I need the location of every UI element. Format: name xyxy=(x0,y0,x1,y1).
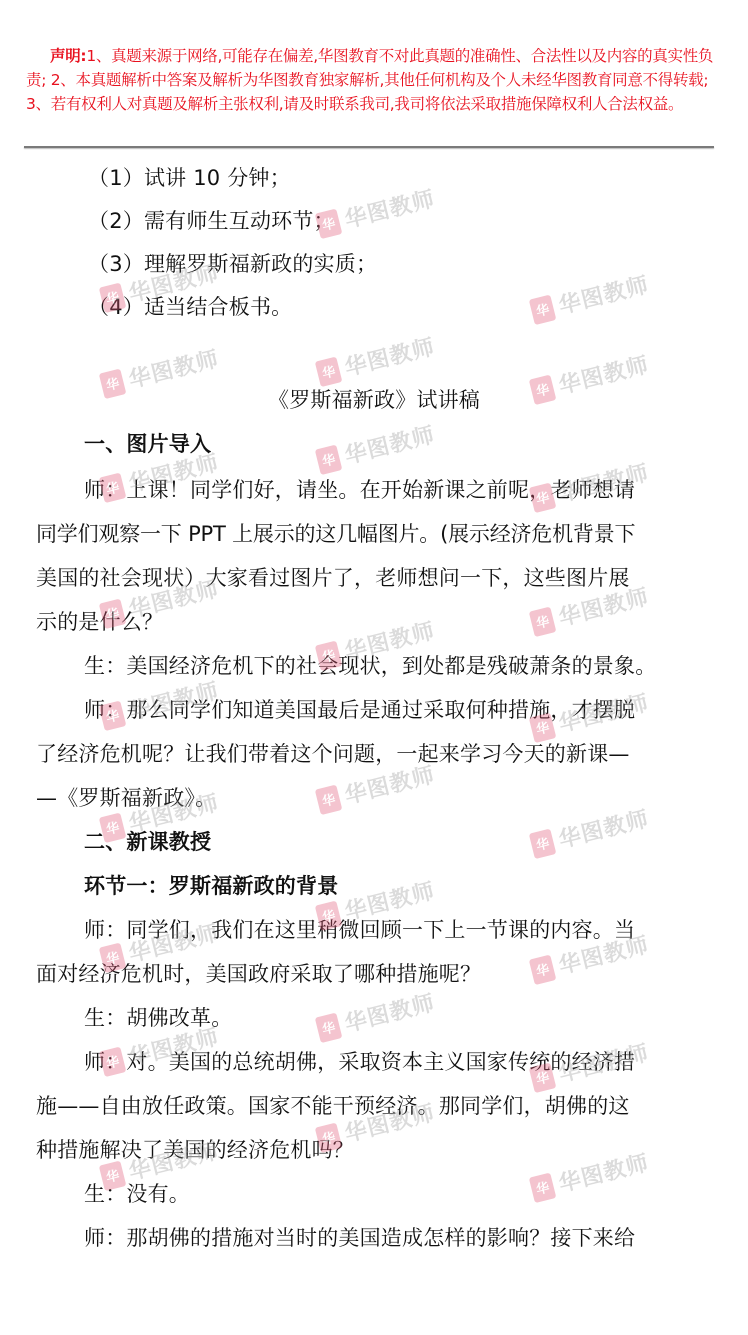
paragraph-line: 同学们观察一下 PPT 上展示的这几幅图片。(展示经济危机背景下 xyxy=(36,518,635,548)
watermark-logo-icon: 华 xyxy=(529,954,557,985)
watermark: 华华图教师 xyxy=(528,1146,652,1205)
doc-title: 《罗斯福新政》试讲稿 xyxy=(0,384,748,414)
paragraph-line: 面对经济危机时，美国政府采取了哪种措施呢？ xyxy=(36,958,481,988)
disclaimer-label: 声明: xyxy=(50,47,86,65)
paragraph-line: 示的是什么？ xyxy=(36,606,163,636)
watermark: 华华图教师 xyxy=(528,802,652,861)
paragraph-line: 师：上课！同学们好，请坐。在开始新课之前呢，老师想请 xyxy=(84,474,635,504)
watermark: 华华图教师 xyxy=(314,330,438,389)
paragraph-line: 师：同学们，我们在这里稍微回顾一下上一节课的内容。当 xyxy=(84,914,635,944)
paragraph-line: 了经济危机呢？让我们带着这个问题，一起来学习今天的新课— xyxy=(36,738,630,768)
paragraph-line: 施——自由放任政策。国家不能干预经济。那同学们，胡佛的这 xyxy=(36,1090,630,1120)
watermark-logo-icon: 华 xyxy=(529,1172,557,1203)
requirement-2: （2）需有师生互动环节； xyxy=(88,205,335,235)
paragraph-line: 美国的社会现状）大家看过图片了，老师想问一下，这些图片展 xyxy=(36,562,630,592)
watermark: 华华图教师 xyxy=(314,418,438,477)
requirement-3: （3）理解罗斯福新政的实质； xyxy=(88,248,377,278)
subsection-heading: 环节一：罗斯福新政的背景 xyxy=(84,870,338,900)
watermark: 华华图教师 xyxy=(528,268,652,327)
requirement-1: （1）试讲 10 分钟； xyxy=(88,162,291,192)
watermark-logo-icon: 华 xyxy=(315,356,343,387)
paragraph-line: 生：胡佛改革。 xyxy=(84,1002,232,1032)
paragraph-line: 生：没有。 xyxy=(84,1178,190,1208)
paragraph-line: 师：那么同学们知道美国最后是通过采取何种措施，才摆脱 xyxy=(84,694,635,724)
watermark-logo-icon: 华 xyxy=(529,294,557,325)
watermark-logo-icon: 华 xyxy=(315,784,343,815)
disclaimer-notice: 声明:1、真题来源于网络,可能存在偏差,华图教育不对此真题的准确性、合法性以及内… xyxy=(26,44,716,116)
divider xyxy=(24,146,714,148)
paragraph-line: —《罗斯福新政》。 xyxy=(36,782,216,812)
watermark-logo-icon: 华 xyxy=(315,444,343,475)
watermark: 华华图教师 xyxy=(314,986,438,1045)
watermark-logo-icon: 华 xyxy=(529,828,557,859)
watermark-logo-icon: 华 xyxy=(529,606,557,637)
section-heading-2: 二、新课教授 xyxy=(84,826,211,856)
requirement-4: （4）适当结合板书。 xyxy=(88,291,292,321)
paragraph-line: 师：对。美国的总统胡佛，采取资本主义国家传统的经济措 xyxy=(84,1046,635,1076)
paragraph-line: 师：那胡佛的措施对当时的美国造成怎样的影响？接下来给 xyxy=(84,1222,635,1252)
paragraph-line: 种措施解决了美国的经济危机吗？ xyxy=(36,1134,354,1164)
disclaimer-text: 1、真题来源于网络,可能存在偏差,华图教育不对此真题的准确性、合法性以及内容的真… xyxy=(26,47,713,113)
paragraph-line: 生：美国经济危机下的社会现状，到处都是残破萧条的景象。 xyxy=(84,650,656,680)
section-heading-1: 一、图片导入 xyxy=(84,428,211,458)
watermark-logo-icon: 华 xyxy=(315,1012,343,1043)
